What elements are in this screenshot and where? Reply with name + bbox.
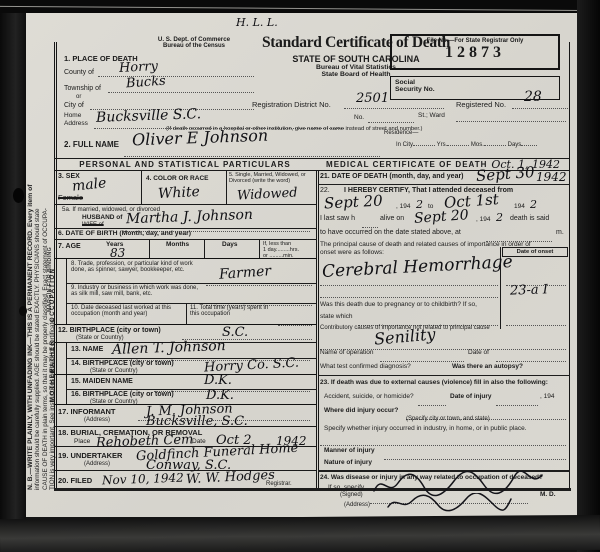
birthplace-label: 12. BIRTHPLACE (city or town) (58, 327, 161, 334)
medical-column: 21. DATE OF DEATH (month, day, and year)… (318, 171, 570, 488)
husband-of-label: HUSBAND of (82, 214, 122, 221)
operation-date-label: Date of (468, 349, 489, 356)
cell-divider (259, 240, 260, 258)
occupation-item8-label: 8. Trade, profession, or particular kind… (71, 261, 203, 273)
where-injury-label: Where did injury occur? (324, 407, 398, 414)
county-label: County of (64, 69, 94, 76)
yrs-label: Yrs. (437, 142, 448, 148)
cell-divider (204, 240, 205, 258)
autopsy-label: Was there an autopsy? (452, 363, 523, 370)
occupation-item11-label: 11. Total time (years) spent in this occ… (190, 305, 278, 317)
maiden-name-label: 15. MAIDEN NAME (71, 378, 133, 385)
md-label: M. D. (540, 491, 556, 498)
sex-value: male (71, 175, 107, 195)
no-label: No. (354, 114, 364, 121)
test-label: What test confirmed diagnosis? (320, 363, 411, 370)
last-saw-text2: alive on (380, 215, 404, 222)
father-birthplace-label: 14. BIRTHPLACE (city or town) (71, 360, 174, 367)
burial-date-label: Date (192, 438, 206, 445)
scan-edge-top (0, 0, 600, 13)
item23-label: 23. If death was due to external causes … (320, 379, 548, 386)
dotted-line (380, 355, 464, 362)
dotted-line (320, 279, 498, 286)
row-divider (318, 184, 570, 185)
dotted-line (320, 439, 566, 446)
dotted-line (368, 116, 414, 123)
operation-label: Name of operation (320, 349, 373, 356)
mother-birthplace-label: 16. BIRTHPLACE (city or town) (71, 391, 174, 398)
race-value: White (158, 184, 201, 202)
row-divider (67, 303, 316, 304)
attended-from-year: 2 (416, 198, 423, 211)
age-months-label: Months (166, 241, 189, 248)
dob-row: 6. DATE OF BIRTH (Month, day, and year) (54, 229, 316, 240)
dotted-line (496, 355, 566, 362)
occupation-item9-label: 9. Industry or business in which work wa… (71, 285, 203, 297)
filed-row: 20. FILED Nov 10, 1942 W. W. Hodges Regi… (54, 471, 316, 488)
informant-label: 17. INFORMANT (58, 407, 116, 416)
last-saw-text1: I last saw h (320, 215, 355, 222)
sex-cell: 3. SEX Female male (54, 171, 142, 204)
cell-divider (149, 240, 150, 258)
nature-label: Nature of injury (324, 459, 372, 466)
sex-race-marital-row: 3. SEX Female male 4. COLOR OR RACE Whit… (54, 171, 316, 205)
personal-section-title: PERSONAL AND STATISTICAL PARTICULARS (79, 160, 290, 169)
dotted-line (447, 139, 469, 146)
city-label: City of (64, 102, 84, 109)
reg-district-label: Registration District No. (252, 100, 331, 109)
principal-cause-text2: onset were as follows: (320, 249, 384, 256)
or-label: or (76, 94, 81, 100)
undertaker-label: 19. UNDERTAKER (58, 451, 122, 460)
scan-edge-left (0, 0, 26, 552)
if-so-label: If so, specify (328, 484, 364, 491)
age-years-value: 83 (110, 246, 125, 260)
certificate-paper: N. B.—WRITE PLAINLY, WITH UNFADING INK—T… (24, 12, 577, 517)
registrar-signature: W. W. Hodges (186, 468, 276, 488)
scan-artifact (13, 188, 24, 203)
township-label: Township of (64, 85, 101, 92)
informant-address-label: (Address) (84, 417, 110, 423)
burial-place-label: Place (74, 438, 90, 445)
signed-label: (Signed) (340, 492, 363, 498)
race-cell: 4. COLOR OR RACE White (142, 171, 227, 204)
file-number-value: 12873 (392, 44, 558, 62)
scan-edge-right (577, 0, 600, 552)
item22-number: 22. (320, 187, 330, 194)
dotted-line (456, 115, 566, 122)
marital-label: 5. Single, Married, Widowed, or Divorced… (229, 172, 314, 184)
row-divider (318, 375, 570, 376)
accident-label: Accident, suicide, or homicide? (324, 393, 414, 400)
residence-label: Residence— (384, 130, 418, 136)
birthplace-sub: (State or Country) (76, 335, 124, 341)
dotted-line (362, 221, 378, 228)
mother-block: MOTHER 15. MAIDEN NAME D.K. 16. BIRTHPLA… (54, 375, 316, 405)
address-label: Address (64, 120, 88, 127)
father-name-label: 13. NAME (71, 346, 103, 353)
dotted-line (320, 291, 498, 298)
full-name-label: 2. FULL NAME (64, 140, 119, 149)
residence-fields: In City Yrs. Mos. Days (396, 139, 537, 148)
age-label: 7. AGE (58, 243, 81, 250)
physician-address-handwriting (384, 493, 514, 513)
address-written-label: (Address) (344, 502, 370, 508)
father-birthplace-sub: (State or Country) (90, 368, 138, 374)
date-of-death-label: 21. DATE OF DEATH (month, day, and year) (320, 173, 464, 180)
ssn-label: Social (395, 79, 555, 86)
occupation-item10-label: 10. Date deceased last worked at this oc… (71, 305, 183, 317)
manner-label: Manner of injury (324, 447, 375, 454)
death-said-text: death is said (510, 215, 549, 222)
margin-line: information should be carefully supplied… (34, 38, 41, 490)
registrar-label: Registrar. (266, 481, 292, 487)
date-of-death-value: Sept 30 (475, 163, 535, 185)
marital-value: Widowed (237, 185, 298, 203)
filed-label: 20. FILED (58, 476, 92, 485)
margin-line: N. B.—WRITE PLAINLY, WITH UNFADING INK—T… (27, 38, 34, 490)
clerk-initials: H. L. L. (236, 16, 278, 29)
scan-artifact (19, 306, 27, 316)
year-printed4: , 194 (540, 393, 554, 400)
mos-label: Mos. (471, 142, 484, 148)
dotted-line (384, 453, 566, 460)
spouse-row: 5a. If married, widowed, or divorced HUS… (54, 205, 316, 229)
date-of-onset-label: Date of onset (517, 249, 554, 255)
reg-district-value: 2501 (356, 91, 389, 106)
father-block: FATHER 13. NAME Allen T. Johnson 14. BIR… (54, 343, 316, 375)
mother-vertical-strip: MOTHER (54, 375, 67, 404)
dotted-line (124, 150, 380, 157)
informant-row: 17. INFORMANT J. M. Johnson (Address) Bu… (54, 405, 316, 427)
home-label: Home (64, 112, 81, 119)
in-city-label: In City (396, 142, 413, 148)
occurred-m: m. (556, 229, 564, 236)
dob-label: 6. DATE OF BIRTH (Month, day, and year) (58, 230, 191, 237)
occupation-block: OCCUPATION 8. Trade, profession, or part… (54, 259, 316, 325)
pregnancy-text: Was this death due to pregnancy or to ch… (320, 301, 477, 308)
dotted-line (484, 139, 506, 146)
registered-no-value: 28 (524, 89, 542, 105)
registered-no-label: Registered No. (456, 100, 506, 109)
row-divider (67, 283, 316, 284)
date-injury-label: Date of injury (450, 393, 492, 400)
birthplace-value: S.C. (222, 325, 248, 340)
cell-divider (186, 303, 187, 325)
occurred-text: to have occurred on the date stated abov… (320, 229, 461, 236)
year-printed: , 194 (396, 203, 410, 210)
age-row: 7. AGE Years 83 Months Days If, less tha… (54, 240, 316, 259)
cause-of-death-value: Cerebral Hemorrhage (322, 252, 514, 282)
personal-column: 3. SEX Female male 4. COLOR OR RACE Whit… (54, 171, 316, 488)
dotted-line (521, 139, 537, 146)
medical-section-title: MEDICAL CERTIFICATE OF DEATH (326, 160, 487, 169)
full-name-value: Oliver E Johnson (132, 126, 269, 150)
mother-vertical-label: MOTHER (50, 367, 56, 402)
file-number-box: File No.—For State Registrar Only 12873 (390, 34, 560, 70)
township-value: Bucks (126, 74, 167, 92)
attended-to-year: 2 (530, 198, 537, 211)
specify-city-note: (Specify city or town, and state) (406, 416, 490, 422)
filed-date-value: Nov 10, 1942 (102, 471, 184, 488)
row-divider (67, 389, 316, 390)
race-label: 4. COLOR OR RACE (146, 175, 208, 182)
personal-section-bar: PERSONAL AND STATISTICAL PARTICULARS (54, 158, 316, 171)
scan-edge-bottom (0, 515, 600, 552)
undertaker-row: 19. UNDERTAKER Goldfinch Funeral Home (A… (54, 447, 316, 471)
age-days-label: Days (222, 241, 238, 248)
onset-code-value: 23-a I (510, 282, 548, 298)
dotted-line (418, 399, 446, 406)
specify-where-label: Specify whether injury occurred in indus… (324, 425, 527, 432)
attended-from-value: Sept 20 (324, 191, 384, 212)
dotted-line (506, 319, 566, 326)
sex-printed-struck: Female (58, 193, 83, 202)
state-which-text: state which (320, 313, 353, 320)
year-printed3: , 194 (476, 216, 490, 223)
occupation-vertical-strip: OCCUPATION (54, 259, 67, 324)
last-saw-value: Sept 20 (414, 207, 470, 227)
undertaker-address-label: (Address) (84, 461, 110, 467)
scanned-death-certificate: N. B.—WRITE PLAINLY, WITH UNFADING INK—T… (0, 0, 600, 552)
county-value: Horry (119, 59, 159, 76)
last-saw-year: 2 (496, 211, 503, 224)
dotted-line (496, 399, 538, 406)
dotted-line (413, 139, 435, 146)
st-ward-label: St.; Ward (418, 112, 445, 119)
occupation-vertical-label: OCCUPATION (50, 268, 56, 322)
days-label: Days (508, 142, 522, 148)
date-of-death-year: 1942 (536, 170, 567, 184)
wife-of-struck: WIFE of (82, 222, 104, 228)
year-printed2: 194 (514, 203, 525, 210)
marital-cell: 5. Single, Married, Widowed, or Divorced… (227, 171, 316, 204)
